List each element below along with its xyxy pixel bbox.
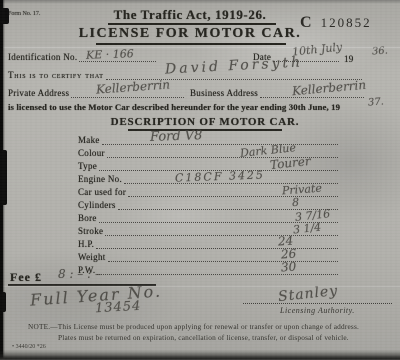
desc-row-pw: P.W. 30 [78,263,340,275]
fee-value: 8 : – : – [58,267,101,281]
signature: Stanley [277,283,339,305]
desc-value: Ford V8 [150,128,203,145]
desc-label: Engine No. [78,174,122,184]
date-year-value: 36. [372,45,389,57]
identification-row: Identification No. [8,52,158,62]
licensed-year-value: 37. [368,96,385,108]
desc-row-make: Make Ford V8 [78,133,340,145]
license-title: LICENSE FOR MOTOR CAR. [78,26,302,42]
desc-label: Make [78,135,100,145]
desc-label: Colour [78,148,105,158]
desc-label: Car used for [78,187,126,197]
act-title-underline [108,23,276,25]
desc-row-type: Type Tourer [78,159,340,171]
desc-line [102,141,338,145]
scan-edge-bottom [0,350,400,360]
desc-line [97,271,338,275]
serial-digits: 120852 [321,15,372,30]
desc-value: 8 [292,196,300,209]
fee-label: Fee £ [10,270,42,285]
scan-blot [0,150,7,205]
description-title: DESCRIPTION OF MOTOR CAR. [105,116,305,128]
serial-number: C120852 [300,14,372,32]
form-number: Form No. 17. [8,11,40,17]
signature-line [243,303,392,304]
certify-label: This is to certify that [8,70,104,80]
scanned-license-document: Form No. 17. The Traffic Act, 1919-26. L… [0,0,400,360]
desc-label: H.P. [78,239,94,249]
desc-value: 30 [281,259,297,274]
licensed-line: is licensed to use the Motor Car describ… [8,102,340,112]
desc-row-weight: Weight 26 [78,250,340,262]
license-title-underline [96,43,286,45]
private-address-line [71,94,184,98]
desc-line [108,258,338,262]
desc-line [96,245,338,249]
desc-row-cylinders: Cylinders 8 [78,198,340,210]
desc-row-stroke: Stroke 3 1/4 [78,224,340,236]
scan-blot [0,8,9,24]
desc-row-hp: H.P. 24 [78,237,340,249]
signature-caption: Licensing Authority. [280,306,355,315]
desc-label: Type [78,161,97,171]
scan-blot [0,292,6,312]
desc-label: Bore [78,213,97,223]
desc-row-bore: Bore 3 7/16 [78,211,340,223]
desc-label: Weight [78,252,106,262]
desc-value: Private [282,182,323,198]
business-address-label: Business Address [190,88,258,98]
scan-edge-top [0,0,400,4]
note-line-2: Plates must be returned on expiration, c… [58,333,349,342]
serial-prefix: C [300,14,312,31]
note-line-1: NOTE.—This License must be produced upon… [28,322,359,331]
desc-label: Cylinders [78,200,116,210]
act-title: The Traffic Act, 1919-26. [88,7,292,23]
full-year-number: 13454 [95,299,142,316]
identification-label: Identification No. [8,52,77,62]
private-address-label: Private Address [8,88,69,98]
desc-label: Stroke [78,226,103,236]
desc-row-car-used-for: Car used for Private [78,185,340,197]
date-year-prefix: 19 [344,54,354,64]
identification-value: KE · 166 [86,47,134,62]
